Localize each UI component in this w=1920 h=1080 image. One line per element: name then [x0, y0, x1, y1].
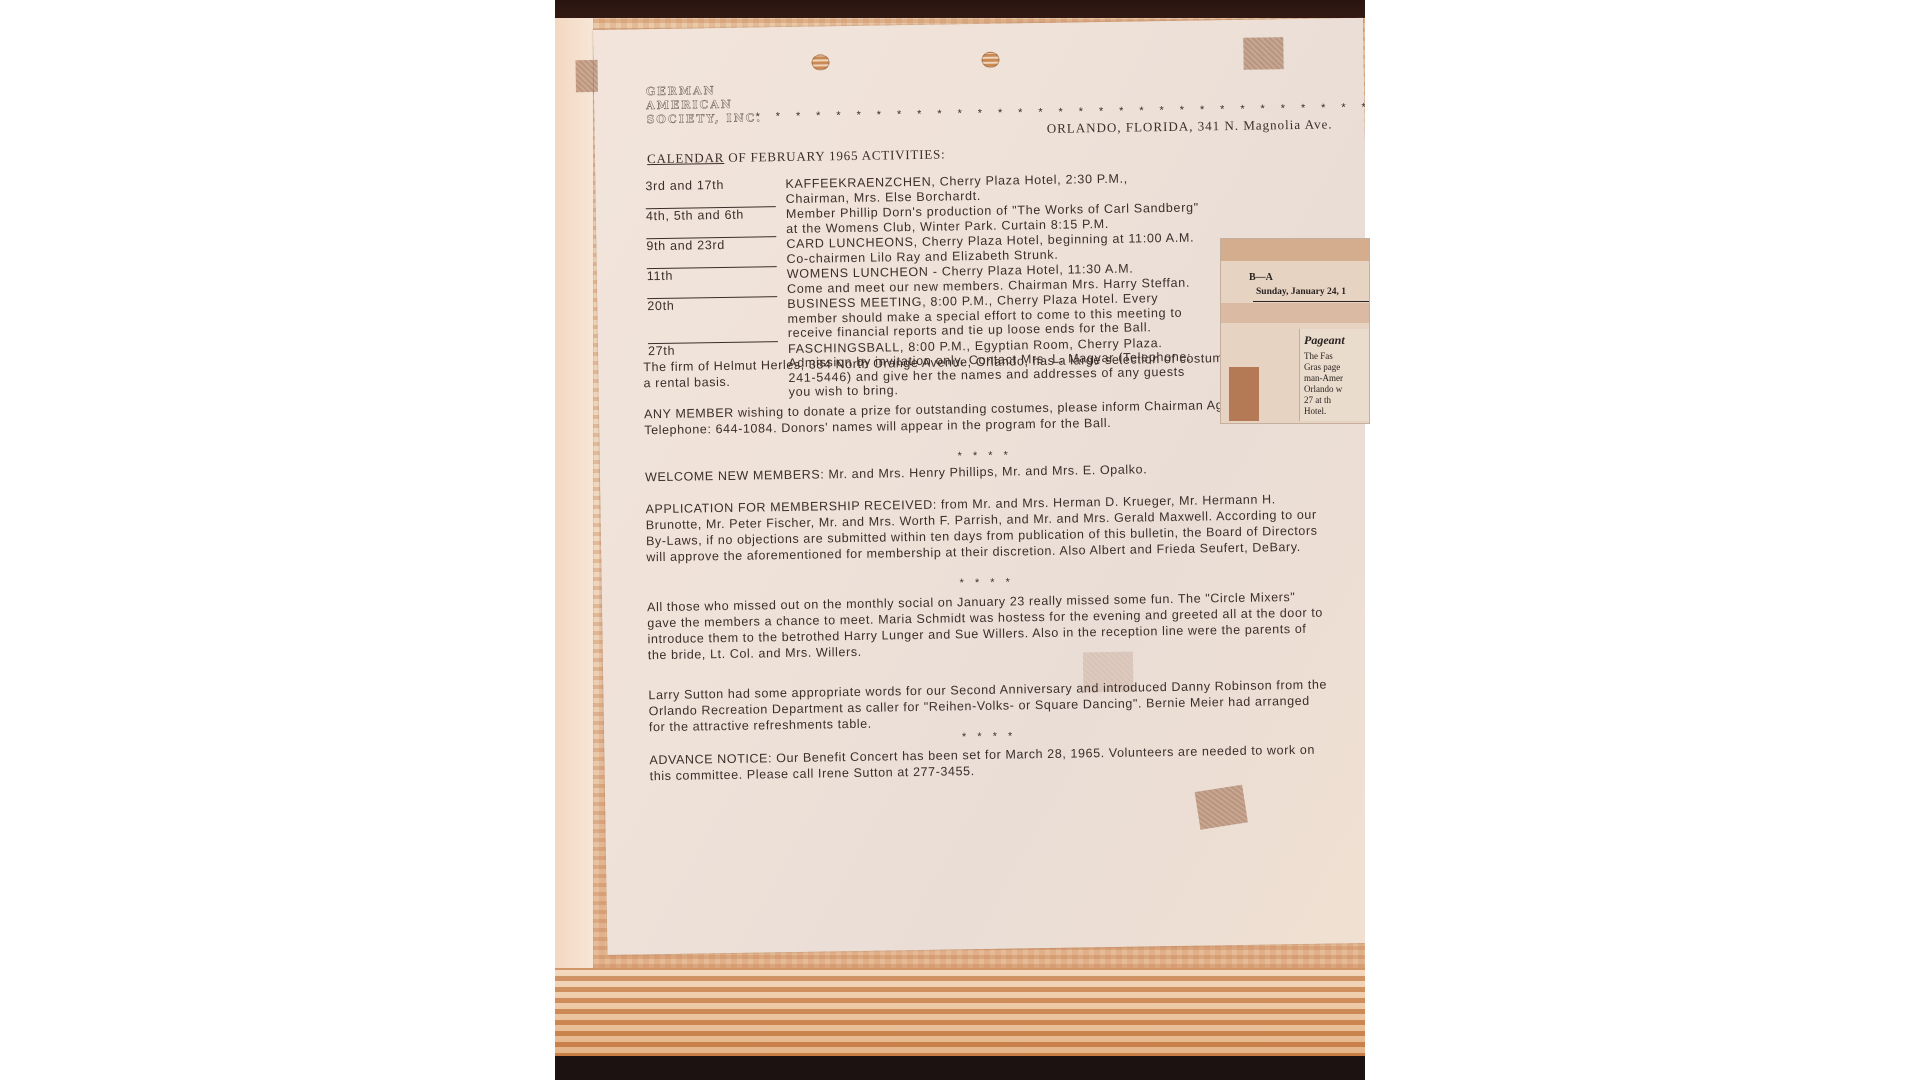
clipping-body-line: 27 at th: [1304, 395, 1343, 406]
advance-notice-paragraph: ADVANCE NOTICE: Our Benefit Concert has …: [649, 742, 1329, 785]
letterhead-address: ORLANDO, FLORIDA, 341 N. Magnolia Ave.: [1047, 116, 1333, 136]
clipping-headline: Pageant: [1304, 333, 1345, 348]
calendar-title-underlined: CALENDAR: [647, 150, 724, 166]
event-date: 4th, 5th and 6th: [646, 207, 786, 238]
newspaper-clipping: B—A Sunday, January 24, 1 Pageant The Fa…: [1220, 238, 1370, 424]
background-fabric: [555, 1056, 1365, 1080]
tape-piece: [575, 60, 597, 92]
tape-piece: [1195, 785, 1248, 830]
event-date: 9th and 23rd: [646, 237, 786, 268]
event-date: 20th: [647, 297, 788, 343]
album-binding-strip: [555, 18, 593, 1058]
punch-hole: [811, 54, 829, 70]
tape-piece: [1221, 303, 1369, 323]
album-pattern-band: [555, 968, 1365, 1058]
clipping-body-line: Gras page: [1304, 362, 1343, 373]
event-date: 11th: [647, 267, 787, 298]
tape-piece: [1221, 239, 1369, 261]
event-description: BUSINESS MEETING, 8:00 P.M., Cherry Plaz…: [787, 289, 1268, 340]
clipping-rule: [1253, 301, 1370, 302]
tape-piece: [1243, 37, 1283, 70]
clipping-body-line: The Fas: [1304, 351, 1343, 362]
punch-hole: [981, 52, 999, 68]
calendar-title-rest: OF FEBRUARY 1965 ACTIVITIES:: [724, 146, 946, 164]
application-paragraph: APPLICATION FOR MEMBERSHIP RECEIVED: fro…: [645, 491, 1326, 566]
letterhead-org-name: GERMAN AMERICAN SOCIETY, INC.: [646, 83, 762, 127]
clipping-body: The FasGras pageman-AmerOrlando w27 at t…: [1304, 351, 1343, 417]
clipping-date: Sunday, January 24, 1: [1256, 287, 1346, 297]
clipping-page-label: B—A: [1249, 272, 1273, 283]
tape-piece: [1229, 367, 1259, 421]
clipping-body-line: Hotel.: [1304, 406, 1343, 417]
calendar-title: CALENDAR OF FEBRUARY 1965 ACTIVITIES:: [647, 146, 946, 167]
event-date: 3rd and 17th: [645, 177, 785, 208]
clipping-article: Pageant The FasGras pageman-AmerOrlando …: [1299, 329, 1370, 421]
clipping-body-line: Orlando w: [1304, 384, 1343, 395]
org-line: SOCIETY, INC.: [646, 111, 762, 127]
calendar-event: 20thBUSINESS MEETING, 8:00 P.M., Cherry …: [647, 291, 1138, 343]
social-paragraph: All those who missed out on the monthly …: [647, 589, 1328, 664]
scrapbook-photo: GERMAN AMERICAN SOCIETY, INC. * * * * * …: [555, 0, 1365, 1080]
clipping-body-line: man-Amer: [1304, 373, 1343, 384]
newsletter-page: GERMAN AMERICAN SOCIETY, INC. * * * * * …: [593, 18, 1365, 955]
